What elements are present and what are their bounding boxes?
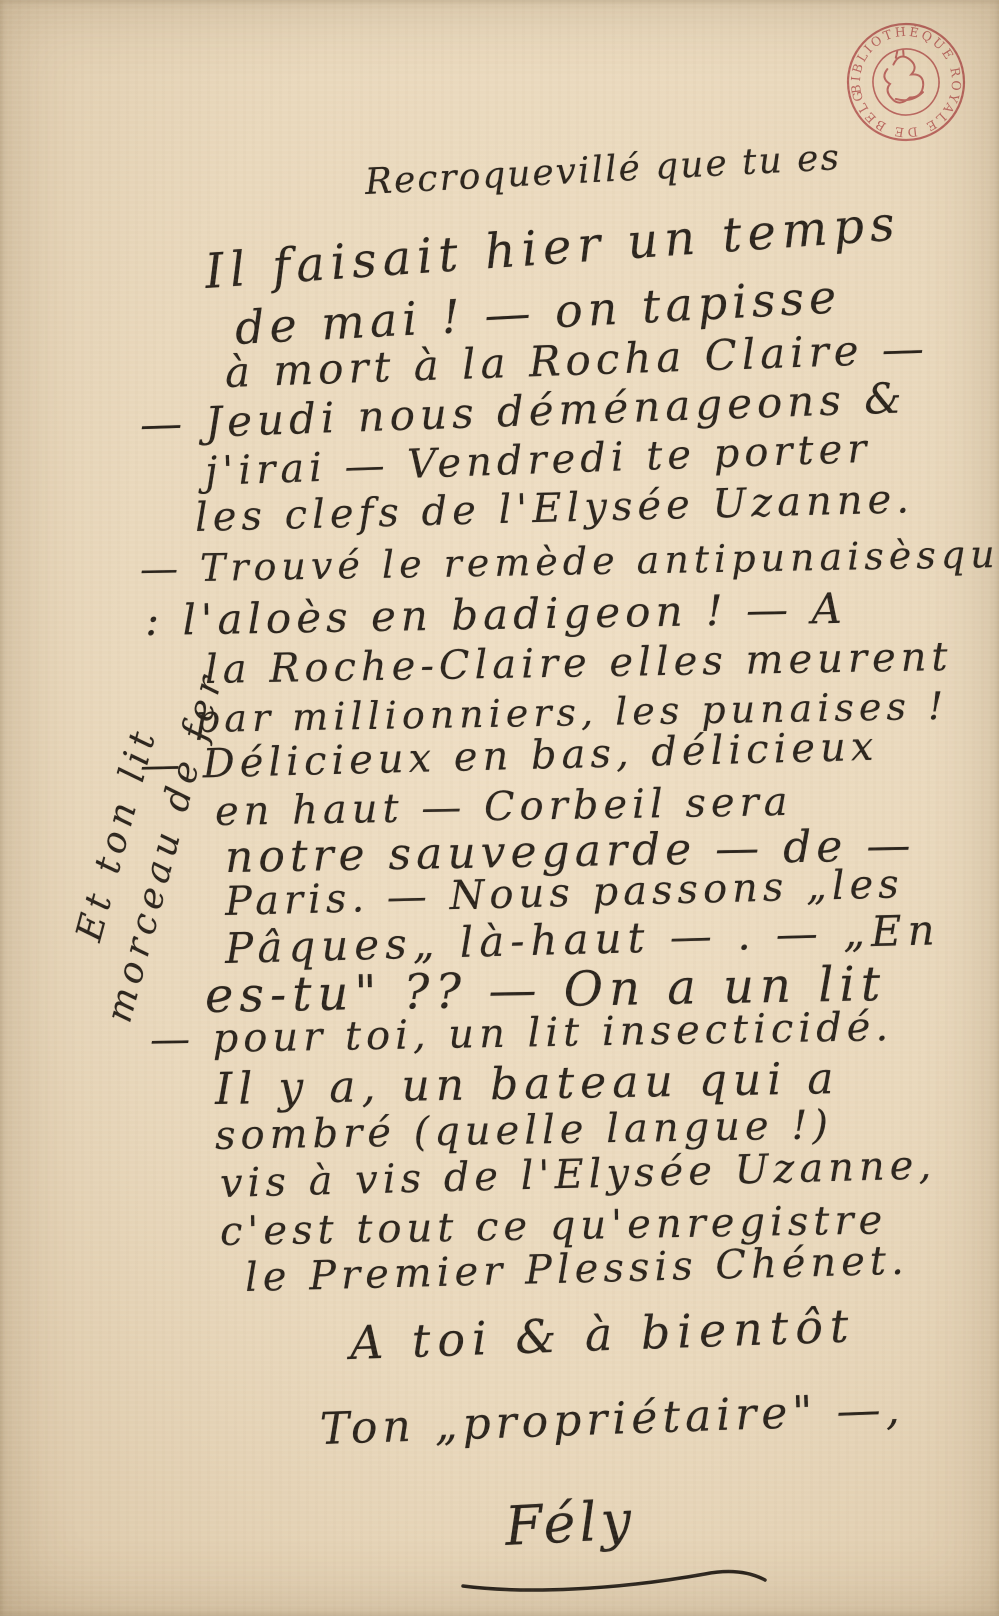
letter-page: BIBLIOTHÈQUE ROYALE DE BELGIQUE Et ton l… (0, 0, 999, 1616)
stamp-text: BIBLIOTHÈQUE ROYALE DE BELGIQUE (811, 0, 976, 159)
letter-line: — Trouvé le remède antipunaisèsque (140, 535, 999, 588)
signature-flourish (455, 1556, 775, 1596)
letter-line: — pour toi, un lit insecticidé. (150, 1007, 894, 1060)
stamp-inner-ring (866, 42, 946, 122)
svg-text:BIBLIOTHÈQUE ROYALE DE BELGIQU: BIBLIOTHÈQUE ROYALE DE BELGIQUE (811, 0, 976, 159)
letter-line: Recroquevillé que tu es (364, 140, 842, 201)
signature: Fély (504, 1493, 637, 1554)
signoff-line: Ton „propriétaire" —, (319, 1388, 905, 1452)
letter-line: la Roche-Claire elles meurent (205, 637, 953, 690)
closing-line: A toi & à bientôt (349, 1302, 856, 1366)
letter-line: : l'aloès en badigeon ! — A (145, 588, 847, 642)
